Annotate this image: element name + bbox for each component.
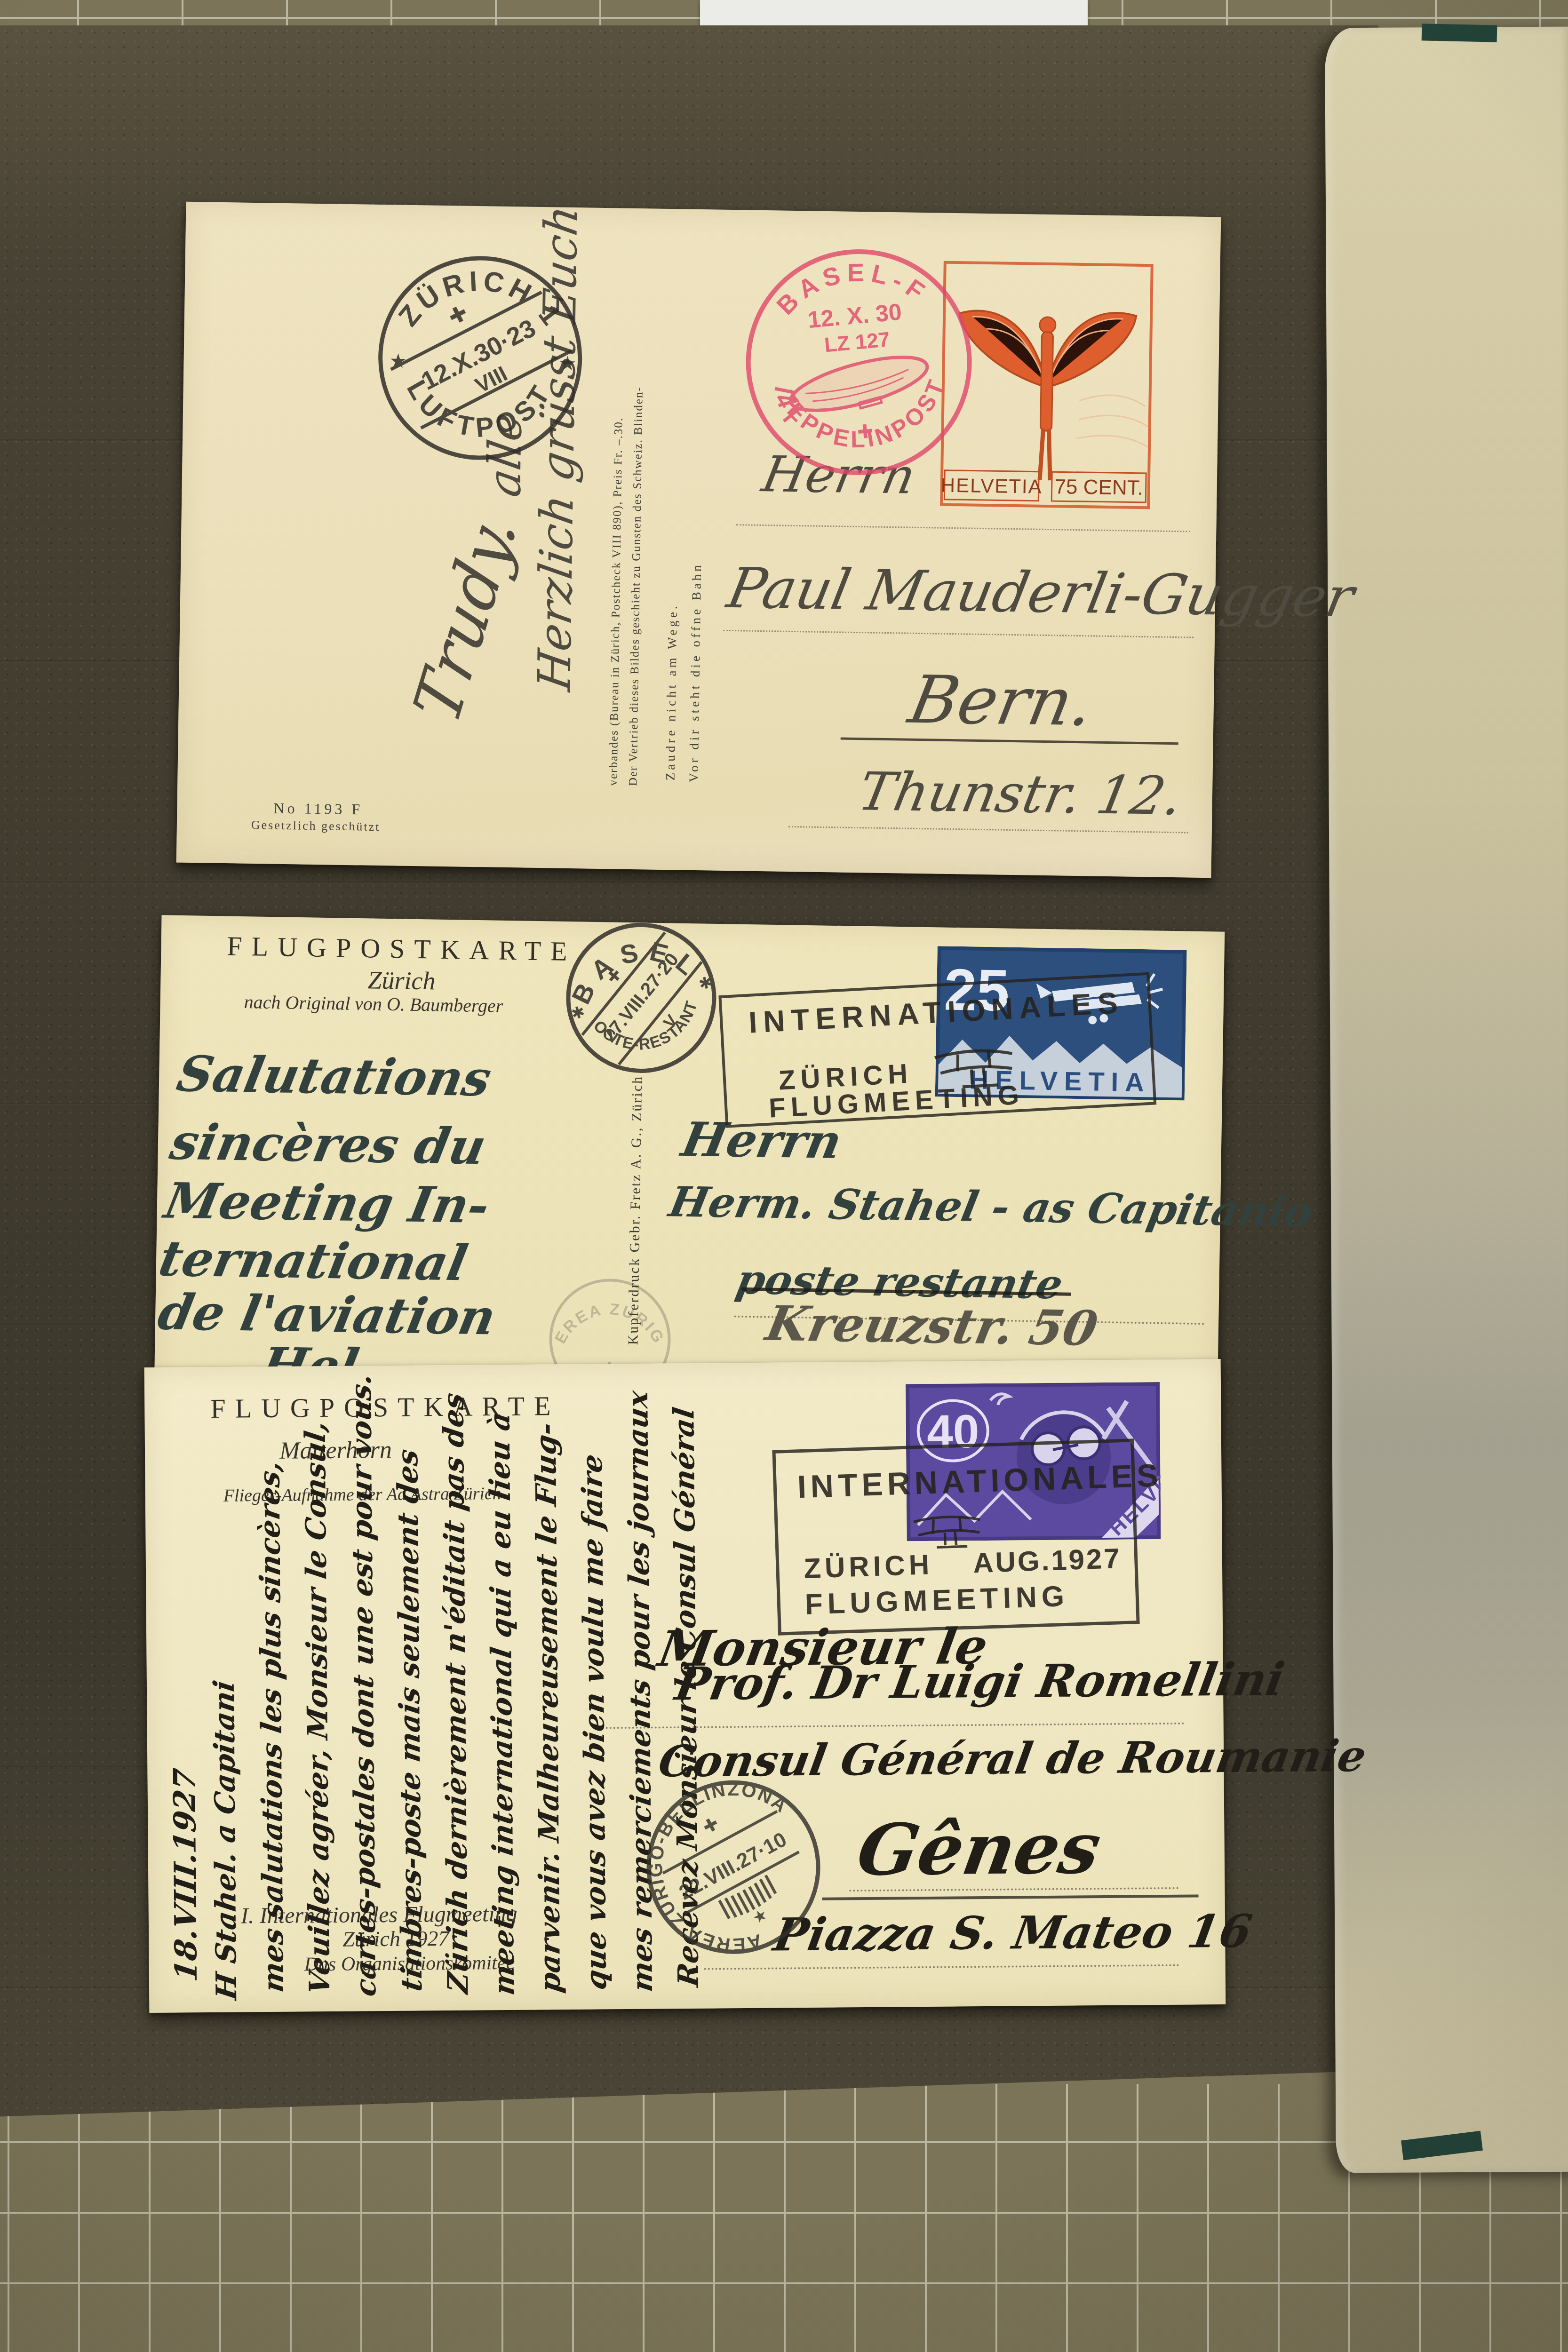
cancel-line3: FLUGMEETING [804, 1580, 1069, 1621]
glassine-interleaf-page [1325, 27, 1568, 2173]
stamp-value-label: 75 CENT. [1054, 475, 1143, 500]
stamp-album-photo: Herzlich grüsst Euch alle Trudy. Vor dir… [0, 0, 1568, 2352]
pocket-seam [0, 882, 1378, 884]
card-credit: nach Original von O. Baumberger [244, 991, 503, 1017]
message-line: sincères du [166, 1113, 491, 1176]
message-column: Veuillez agréer, Monsieur le Consul, [299, 1419, 337, 1996]
biplane-icon [907, 1502, 993, 1559]
hatch-bars [719, 1875, 777, 1922]
card-subtitle: Zürich [367, 965, 436, 995]
swiss-cross-icon: ✚ [445, 300, 472, 330]
message-line: Salutations [172, 1045, 496, 1107]
message-signature: H Stahel. a Capitani [208, 1678, 243, 2002]
address-ruling [788, 826, 1188, 834]
handwritten-signature: Trudy. [400, 503, 532, 734]
grid-mat-bottom [0, 2084, 1568, 2352]
address-name: Herm. Stahel - as Capitanio [665, 1177, 1317, 1236]
postcard-zeppelin: Herzlich grüsst Euch alle Trudy. Vor dir… [176, 202, 1221, 878]
book-cover-edge [1422, 24, 1497, 42]
postcard-flugmeeting-matterhorn: FLUGPOSTKARTE Matterhorn Flieger-Aufnahm… [144, 1359, 1226, 2013]
basel-postmark: BASEL (POSTE-RESTANTE) ✱ ✱ ✚ 27.VIII.27·… [560, 917, 722, 1079]
flugmeeting-box-cancel: INTERNATIONALES ZÜRICH AUG.1927 FLUGMEET… [772, 1438, 1139, 1636]
flugmeeting-box-cancel: INTERNATIONALES ZÜRICH FLUGMEETING [718, 972, 1156, 1128]
address-street: Thunstr. 12. [854, 761, 1187, 827]
message-column: mes salutations les plus sincères, [253, 1459, 290, 1994]
message-column: timbres-poste mais seulement des [391, 1447, 429, 1993]
cancel-line1: INTERNATIONALES [748, 985, 1125, 1040]
message-column: que vous avez bien voulu me faire [576, 1452, 613, 1992]
card-title: FLUGPOSTKARTE [227, 930, 577, 968]
cancel-line1: INTERNATIONALES [797, 1457, 1163, 1505]
printed-poem-line2: Zaudre nicht am Wege. [663, 603, 680, 780]
message-column: Zürich dernièrement n'éditait pas des [437, 1391, 475, 1995]
message-column: parvenir. Malheureusement le Flug- [530, 1421, 567, 1994]
message-column: meeting international qui a eu lieu à [483, 1410, 521, 1997]
swiss-cross-icon: ✚ [700, 1813, 722, 1838]
message-line: de l'aviation [154, 1283, 501, 1346]
message-line: ternational [154, 1230, 472, 1292]
svg-text:AEREA ZURIGO: AEREA ZURIGO [543, 1272, 669, 1348]
message-column: cartes-postales dont une est pour vous. [345, 1372, 382, 1998]
printed-poem-line1: Vor dir steht die offne Bahn [686, 562, 704, 782]
address-ruling [736, 524, 1190, 532]
cancel-airship-code: LZ 127 [823, 328, 891, 357]
card-protection-note: Gesetzlich geschützt [251, 818, 381, 834]
address-city: Gênes [852, 1807, 1106, 1891]
biplane-icon [926, 1036, 1028, 1097]
address-city: Bern. [903, 662, 1099, 741]
card-number: No 1193 F [273, 800, 363, 818]
printed-charity-note1: Der Vertrieb dieses Bildes geschieht zu … [627, 386, 646, 786]
zurich-luftpost-postmark: ZÜRICH 1 LUFTPOST ★ ★ ✚ 12.X.30·23 VIII [373, 251, 588, 466]
cancel-date: AUG.1927 [972, 1542, 1122, 1579]
address-street: Kreuzstr. 50 [762, 1295, 1102, 1357]
address-underline [822, 1894, 1199, 1900]
message-line: Meeting In- [160, 1172, 494, 1234]
zeppelinpost-red-cancel: BASEL-F ZEPPELINPOST 12. X. 30 LZ 127 ✚ [740, 243, 978, 481]
address-ruling [723, 630, 1194, 638]
swiss-cross-icon: ✚ [856, 421, 874, 443]
address-ruling [704, 1964, 1179, 1970]
address-name: Prof. Dr Luigi Romellini [671, 1653, 1288, 1710]
printed-charity-note2: verbandes (Bureau in Zürich, Postcheck V… [607, 417, 626, 786]
icarus-figure [957, 310, 1136, 482]
message-date: 18.VIII.1927 [167, 1766, 204, 1983]
address-name: Paul Mauderli-Gugger [722, 556, 1359, 629]
